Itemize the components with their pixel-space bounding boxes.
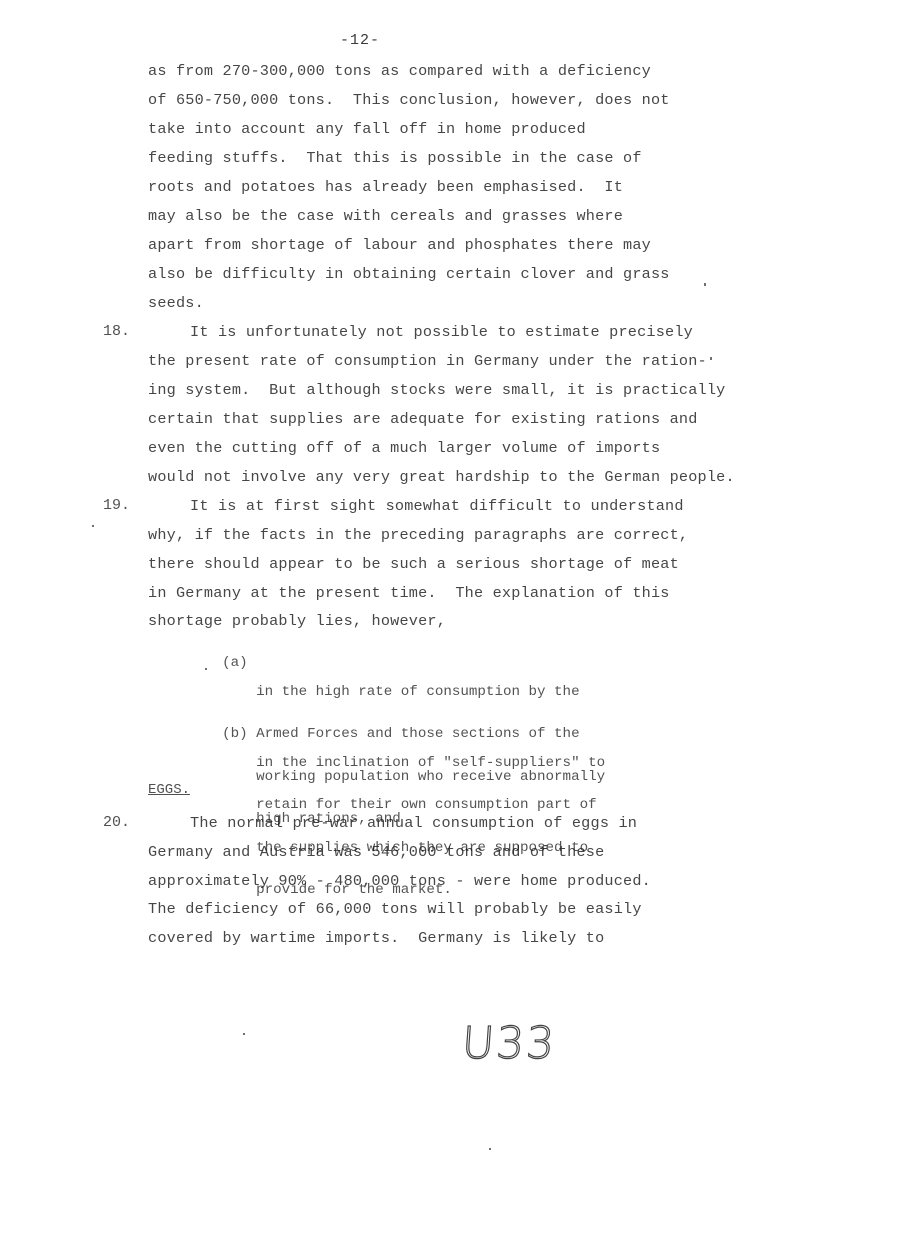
text-line: also be difficulty in obtaining certain … (148, 265, 670, 283)
text-line: there should appear to be such a serious… (148, 555, 679, 573)
text-line: seeds. (148, 294, 204, 312)
text-line: would not involve any very great hardshi… (148, 468, 735, 486)
text-line: in Germany at the present time. The expl… (148, 584, 670, 602)
text-line: Germany and Austria was 546,000 tons and… (148, 843, 604, 861)
page-number: -12- (340, 32, 380, 49)
text-line: covered by wartime imports. Germany is l… (148, 929, 604, 947)
paragraph-number: 18. (103, 323, 130, 340)
text-line: feeding stuffs. That this is possible in… (148, 149, 642, 167)
text-line: as from 270-300,000 tons as compared wit… (148, 62, 651, 80)
scan-speck (489, 1148, 491, 1150)
text-line: retain for their own consumption part of (256, 798, 605, 812)
sub-item-label: (a) (222, 656, 256, 670)
text-line: shortage probably lies, however, (148, 612, 446, 630)
scan-speck (243, 1033, 245, 1035)
document-page: -12- as from 270-300,000 tons as compare… (0, 0, 900, 1254)
text-line: approximately 90% - 480,000 tons - were … (148, 872, 651, 890)
scan-speck (710, 357, 712, 360)
scan-speck (704, 283, 706, 286)
text-line: ing system. But although stocks were sma… (148, 381, 725, 399)
text-line: even the cutting off of a much larger vo… (148, 439, 660, 457)
text-line: roots and potatoes has already been emph… (148, 178, 623, 196)
text-line: in the inclination of "self-suppliers" t… (256, 756, 605, 770)
paragraph-number: 20. (103, 814, 130, 831)
text-line: apart from shortage of labour and phosph… (148, 236, 651, 254)
text-line: the present rate of consumption in Germa… (148, 352, 707, 370)
text-line: The deficiency of 66,000 tons will proba… (148, 900, 642, 918)
text-line: may also be the case with cereals and gr… (148, 207, 623, 225)
paragraph-number: 19. (103, 497, 130, 514)
text-line: of 650-750,000 tons. This conclusion, ho… (148, 91, 670, 109)
text-line: why, if the facts in the preceding parag… (148, 526, 688, 544)
text-line: certain that supplies are adequate for e… (148, 410, 698, 428)
sub-item-label: (b) (222, 727, 256, 741)
text-line: It is at first sight somewhat difficult … (190, 497, 684, 515)
text-line: take into account any fall off in home p… (148, 120, 586, 138)
scan-speck (205, 668, 207, 670)
text-line: in the high rate of consumption by the (256, 685, 605, 699)
text-line: The normal pre-war annual consumption of… (190, 814, 637, 832)
section-heading-eggs: EGGS. (148, 782, 190, 798)
text-line: It is unfortunately not possible to esti… (190, 323, 693, 341)
scan-speck (92, 525, 94, 527)
handwritten-annotation: U33 (460, 1018, 558, 1069)
